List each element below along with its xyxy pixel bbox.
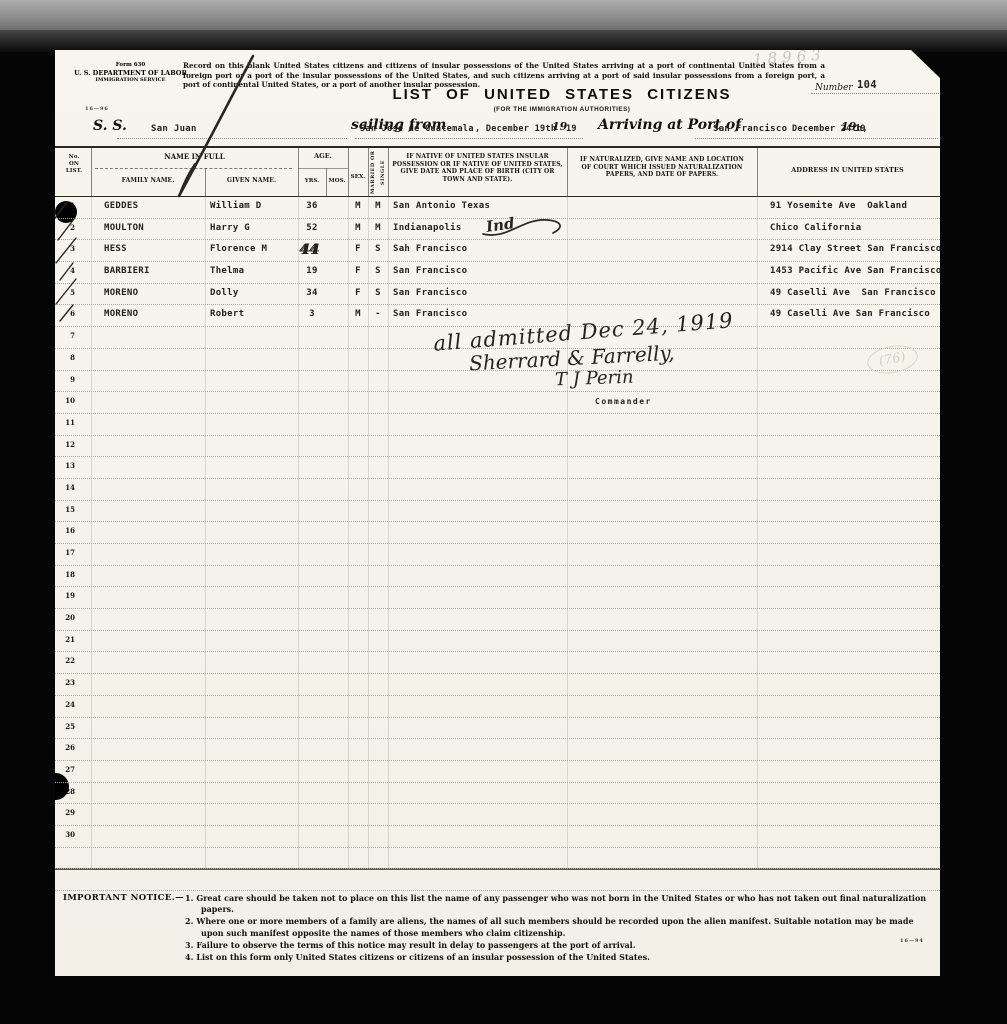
table-row: 29 [55, 804, 940, 826]
cell-given: Florence M [210, 244, 267, 254]
row-number: 23 [59, 678, 75, 687]
table-row: 14 [55, 479, 940, 501]
row-number: 2 [59, 223, 75, 232]
cell-sex: M [348, 309, 368, 319]
table-row: 24 [55, 696, 940, 718]
cell-ms: S [368, 244, 388, 254]
row-number: 20 [59, 613, 75, 622]
table-row [55, 848, 940, 870]
notice-item: 4.List on this form only United States c… [185, 952, 933, 963]
number-label: Number [815, 83, 853, 93]
table-top-border [55, 146, 940, 148]
departure-underline [355, 138, 583, 139]
scanner-background-bar [0, 0, 1007, 30]
row-number: 4 [59, 266, 75, 275]
row-number: 14 [59, 483, 75, 492]
header-address: ADDRESS IN UNITED STATES [757, 166, 938, 174]
cell-sex: M [348, 223, 368, 233]
row-number: 8 [59, 353, 75, 362]
cell-address: 49 Caselli Ave San Francisco [770, 309, 930, 319]
header-given-name: GIVEN NAME. [205, 177, 298, 185]
cell-family: MORENO [104, 288, 138, 298]
row-number: 16 [59, 526, 75, 535]
table-row: 5MORENODolly34FSSan Francisco49 Caselli … [55, 284, 940, 306]
notice-item-number: 4. [185, 952, 193, 962]
cell-family: MORENO [104, 309, 138, 319]
column-rule [388, 148, 389, 196]
table-body: 1GEDDESWilliam D36MMSan Antonio Texas91 … [55, 197, 940, 891]
row-number: 25 [59, 722, 75, 731]
table-row: 23 [55, 674, 940, 696]
table-row: 11 [55, 414, 940, 436]
cell-address: Chico California [770, 223, 862, 233]
row-number: 18 [59, 570, 75, 579]
header-mos: MOS. [326, 178, 348, 185]
table-row: 15 [55, 501, 940, 523]
row-number: 1 [59, 201, 75, 210]
header-sex: SEX. [348, 174, 368, 181]
notice-item-text: List on this form only United States cit… [196, 952, 650, 962]
service-name: IMMIGRATION SERVICE [73, 77, 188, 83]
cell-ms: M [368, 201, 388, 211]
number-value: 104 [857, 79, 877, 91]
ss-label: S. S. [93, 118, 127, 134]
row-number: 9 [59, 375, 75, 384]
cell-birth: San Francisco [393, 288, 467, 298]
cell-sex: M [348, 201, 368, 211]
arrival-underline [695, 138, 938, 139]
arrival-port: San Francisco [713, 124, 787, 134]
page-subtitle: (FOR THE IMMIGRATION AUTHORITIES) [312, 106, 812, 113]
hess-handwritten-age: 44 [299, 242, 318, 258]
table-row: 28 [55, 783, 940, 805]
cell-address: 91 Yosemite Ave Oakland [770, 201, 907, 211]
cell-family: HESS [104, 244, 127, 254]
column-rule [348, 148, 349, 196]
table-row: 19 [55, 587, 940, 609]
row-number: 5 [59, 288, 75, 297]
row-number: 13 [59, 461, 75, 470]
table-row: 18 [55, 566, 940, 588]
cell-age: 19 [298, 266, 326, 276]
commander-label: Commander [595, 397, 652, 406]
cell-given: Harry G [210, 223, 250, 233]
table-row: 17 [55, 544, 940, 566]
page-title: LIST OF UNITED STATES CITIZENS [312, 86, 812, 103]
cell-ms: M [368, 223, 388, 233]
table-row: 6MORENORobert3M-San Francisco49 Caselli … [55, 305, 940, 327]
manifest-paper: Form 630 U. S. DEPARTMENT OF LABOR IMMIG… [55, 50, 940, 976]
row-number: 3 [59, 244, 75, 253]
name-divider [95, 168, 292, 169]
cell-address: 2914 Clay Street San Francisco [770, 244, 942, 254]
cell-ms: S [368, 266, 388, 276]
table-row: 22 [55, 652, 940, 674]
notice-item: 3.Failure to observe the terms of this n… [185, 940, 933, 951]
signature-line-2: T J Perin [555, 367, 634, 391]
table-row: 26 [55, 739, 940, 761]
cell-given: Dolly [210, 288, 239, 298]
table-row: 3HESSFlorence MFSSah Francisco2914 Clay … [55, 240, 940, 262]
cell-given: Robert [210, 309, 244, 319]
row-number: 10 [59, 396, 75, 405]
row-number: 11 [59, 418, 75, 427]
row-number: 22 [59, 656, 75, 665]
header-age: AGE. [298, 152, 348, 160]
row-number: 30 [59, 830, 75, 839]
cell-birth: San Antonio Texas [393, 201, 490, 211]
table-row: 21 [55, 631, 940, 653]
table-row: 12 [55, 436, 940, 458]
cell-sex: F [348, 266, 368, 276]
cell-age: 34 [298, 288, 326, 298]
row-number: 24 [59, 700, 75, 709]
cell-family: GEDDES [104, 201, 138, 211]
cell-given: Thelma [210, 266, 244, 276]
row-number: 27 [59, 765, 75, 774]
table-row: 27 [55, 761, 940, 783]
table-row: 20 [55, 609, 940, 631]
cell-birth: Indianapolis [393, 223, 462, 233]
arrival-year-typed: 19 [855, 124, 866, 134]
row-number: 19 [59, 591, 75, 600]
row-number: 17 [59, 548, 75, 557]
ship-name: San Juan [151, 124, 197, 134]
row-number: 21 [59, 635, 75, 644]
row-number: 29 [59, 808, 75, 817]
departure-port: San Jose de Guatemala [360, 124, 474, 134]
header-birthplace: IF NATIVE OF UNITED STATES INSULAR POSSE… [392, 153, 563, 183]
row-number: 15 [59, 505, 75, 514]
print-code-right: 16—94 [900, 938, 924, 944]
number-underline [811, 93, 941, 94]
ship-underline [117, 138, 347, 139]
notice-item-number: 3. [185, 940, 193, 950]
table-row: 13 [55, 457, 940, 479]
header-family-name: FAMILY NAME. [91, 177, 205, 185]
table-row: 30 [55, 826, 940, 848]
cell-given: William D [210, 201, 261, 211]
cell-birth: Sah Francisco [393, 244, 467, 254]
cell-sex: F [348, 288, 368, 298]
form-number: Form 630 [73, 62, 188, 69]
cell-birth: San Francisco [393, 266, 467, 276]
table-row: 16 [55, 522, 940, 544]
table-row: 4BARBIERIThelma19FSSan Francisco1453 Pac… [55, 262, 940, 284]
notice-item-text: Great care should be taken not to place … [196, 893, 926, 914]
header-naturalized: IF NATURALIZED, GIVE NAME AND LOCATION O… [575, 156, 749, 179]
cell-family: BARBIERI [104, 266, 150, 276]
scanner-shadow [0, 30, 1007, 52]
header-on: ON [57, 161, 91, 168]
table-row [55, 869, 940, 891]
header-yrs: YRS. [298, 178, 326, 185]
header-no: No. [57, 154, 91, 161]
header-no-on-list: No. ON LIST. [57, 154, 91, 175]
row-number: 7 [59, 331, 75, 340]
header-name-in-full: NAME IN FULL [91, 152, 298, 161]
cell-sex: F [348, 244, 368, 254]
header-married-single: MARRIED OR SINGLE [368, 150, 388, 194]
title-block: LIST OF UNITED STATES CITIZENS (FOR THE … [312, 86, 812, 113]
notice-item: 2.Where one or more members of a family … [185, 916, 933, 938]
departure-year-typed: 19 [566, 124, 577, 134]
header-list: LIST. [57, 168, 91, 175]
column-rule [567, 148, 568, 196]
cell-age: 3 [298, 309, 326, 319]
row-number: 28 [59, 787, 75, 796]
row-number: 6 [59, 309, 75, 318]
notice-item-text: Failure to observe the terms of this not… [196, 940, 635, 950]
cell-address: 49 Caselli Ave San Francisco [770, 288, 936, 298]
department-name: U. S. DEPARTMENT OF LABOR [73, 69, 188, 77]
notice-item-text: Where one or more members of a family ar… [196, 916, 913, 937]
cell-ms: - [368, 309, 388, 319]
cell-age: 52 [298, 223, 326, 233]
table-row: 10 [55, 392, 940, 414]
notice-item: 1.Great care should be taken not to plac… [185, 893, 933, 915]
notice-item-number: 2. [185, 916, 193, 926]
row-number: 12 [59, 440, 75, 449]
print-code-left: 16—96 [85, 106, 109, 112]
departure-date: , December 19th [475, 124, 556, 134]
age-divider [298, 168, 348, 169]
scanned-manifest-page: Form 630 U. S. DEPARTMENT OF LABOR IMMIG… [0, 0, 1007, 1024]
notice-items: 1.Great care should be taken not to plac… [185, 893, 933, 964]
form-identification-block: Form 630 U. S. DEPARTMENT OF LABOR IMMIG… [73, 62, 188, 83]
cell-age: 36 [298, 201, 326, 211]
table-row: 25 [55, 718, 940, 740]
notice-label: IMPORTANT NOTICE.— [63, 893, 184, 903]
cell-family: MOULTON [104, 223, 144, 233]
cell-birth: San Francisco [393, 309, 467, 319]
cell-address: 1453 Pacific Ave San Francisco [770, 266, 942, 276]
notice-item-number: 1. [185, 893, 193, 903]
cell-ms: S [368, 288, 388, 298]
row-number: 26 [59, 743, 75, 752]
